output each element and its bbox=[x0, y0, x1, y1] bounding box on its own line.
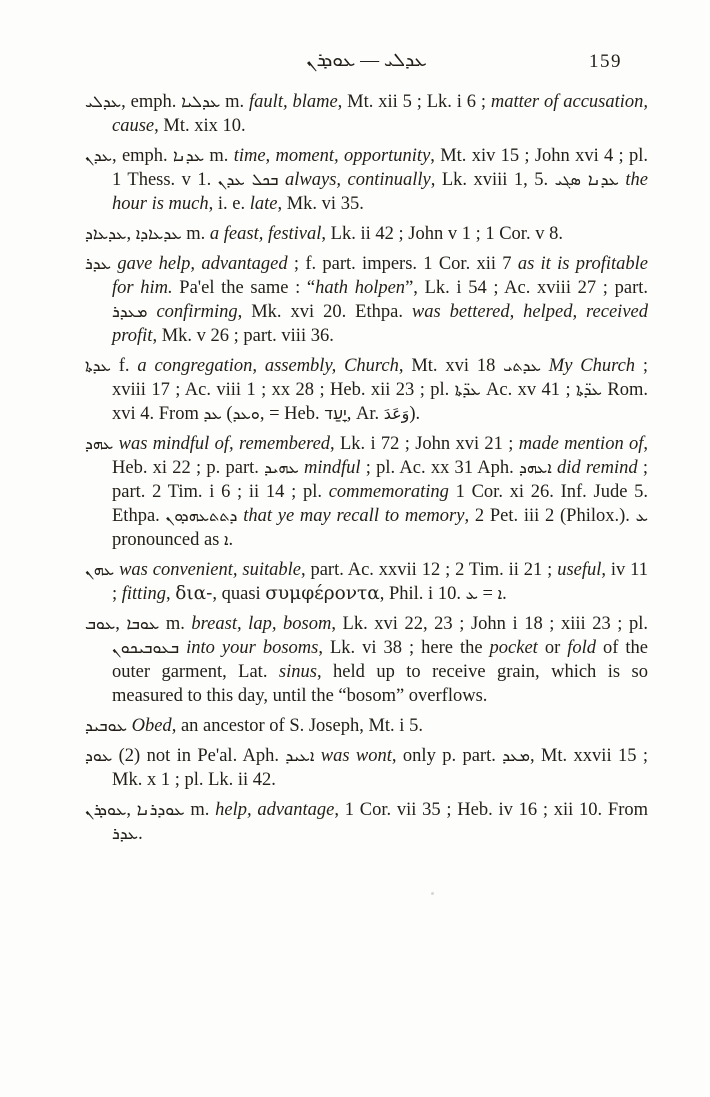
greek-text: δια- bbox=[175, 583, 212, 604]
syriac-text: ܥܕ bbox=[203, 404, 221, 423]
roman-text: , an ancestor of S. Joseph, Mt. i 5. bbox=[172, 716, 423, 736]
roman-text: , Mt. xvi 18 bbox=[399, 356, 503, 376]
roman-text: m. bbox=[159, 614, 191, 634]
roman-text: pronounced as bbox=[112, 530, 224, 550]
roman-text: m. bbox=[185, 800, 216, 820]
roman-text: , emph. bbox=[112, 146, 173, 166]
roman-text: or bbox=[538, 638, 567, 658]
syriac-text: ܥܕܢܐ ܣܓܝ bbox=[555, 170, 619, 189]
dictionary-entry: ܥܕܪ gave help, advantaged ; f. part. imp… bbox=[85, 252, 648, 348]
roman-text: ; f. part. impers. 1 Cor. xii 7 bbox=[288, 254, 518, 274]
roman-text: , quasi bbox=[212, 584, 265, 604]
dictionary-entry: ܥܘܕ (2) not in Pe'al. Aph. ܐܥܝܕ was wont… bbox=[85, 744, 648, 792]
roman-text: , only p. part. bbox=[392, 746, 502, 766]
gloss-italic: gave help, advantaged bbox=[117, 254, 287, 274]
roman-text: (2) not in Pe'al. Aph. bbox=[112, 746, 285, 766]
roman-text: m. bbox=[182, 224, 210, 244]
syriac-text: ܐܥܗܕ bbox=[519, 458, 552, 477]
syriac-text: ܥ bbox=[466, 584, 478, 603]
dictionary-entry: ܥܘܒܝܕ Obed, an ancestor of S. Joseph, Mt… bbox=[85, 714, 648, 738]
roman-text: , Ar. bbox=[347, 404, 384, 424]
syriac-text: ܒܟܠ ܥܕܢ bbox=[218, 170, 279, 189]
syriac-text: ܥܘܒܐ bbox=[126, 614, 159, 633]
roman-text: ). bbox=[409, 404, 420, 424]
roman-text: m. bbox=[204, 146, 234, 166]
gloss-italic: a congregation, assembly, Church bbox=[137, 356, 399, 376]
roman-text: , Lk. xvi 22, 23 ; John i 18 ; xiii 23 ;… bbox=[331, 614, 648, 634]
syriac-text: ܥܕܢܐ bbox=[173, 146, 204, 165]
running-header: ܥܘܕܪܢ — ܥܕܠܝ 159 bbox=[85, 50, 648, 78]
gloss-italic: made mention of bbox=[519, 434, 644, 454]
page-number: 159 bbox=[589, 51, 622, 73]
gloss-italic: into your bosoms bbox=[186, 638, 318, 658]
entry-headword: ܥܕܥܐܕ bbox=[85, 224, 126, 243]
syriac-text: ܥܕܥܐܕܐ bbox=[136, 224, 182, 243]
entry-headword: ܥܘܕ bbox=[85, 746, 112, 765]
gloss-italic: useful bbox=[557, 560, 601, 580]
roman-text: ”, Lk. i 54 ; Ac. xviii 27 ; part. bbox=[405, 278, 648, 298]
dictionary-entry: ܥܗܕ was mindful of, remembered, Lk. i 72… bbox=[85, 432, 648, 552]
roman-text: f. bbox=[111, 356, 137, 376]
roman-text: , 2 Pet. iii 2 (Philox.). bbox=[464, 506, 635, 526]
syriac-text: ܥܕ̈ܬܐ bbox=[455, 380, 481, 399]
roman-text: , Mk. vi 35. bbox=[277, 194, 363, 214]
arabic-text: وَعَدَ bbox=[384, 404, 410, 423]
roman-text: . bbox=[229, 530, 234, 550]
gloss-italic: sinus bbox=[279, 662, 317, 682]
gloss-italic: fold bbox=[567, 638, 596, 658]
roman-text: Ac. xv 41 ; bbox=[481, 380, 576, 400]
roman-text: . bbox=[138, 824, 143, 844]
running-title-separator: — bbox=[360, 50, 379, 71]
running-title-last-word: ܥܘܕܪܢ bbox=[306, 50, 355, 71]
syriac-text: ܥܘܕܪܢܐ bbox=[137, 800, 185, 819]
syriac-text: ܥܕܠܝܐ bbox=[181, 92, 220, 111]
entry-headword: ܥܕܠܝ bbox=[85, 92, 121, 111]
gloss-italic: fault, blame bbox=[249, 92, 338, 112]
gloss-italic: commemorating bbox=[329, 482, 449, 502]
roman-text: ; pl. Ac. xx 31 Aph. bbox=[361, 458, 519, 478]
roman-text: , bbox=[126, 224, 135, 244]
running-title: ܥܘܕܪܢ — ܥܕܠܝ bbox=[85, 50, 648, 72]
greek-text: συμφέροντα bbox=[265, 583, 379, 604]
dictionary-entry: ܥܘܒ, ܥܘܒܐ m. breast, lap, bosom, Lk. xvi… bbox=[85, 612, 648, 708]
roman-text: , Lk. ii 42 ; John v 1 ; 1 Cor. v 8. bbox=[321, 224, 563, 244]
roman-text: , emph. bbox=[121, 92, 181, 112]
dictionary-entry: ܥܕܢ, emph. ܥܕܢܐ m. time, moment, opportu… bbox=[85, 144, 648, 216]
dictionary-entry: ܥܗܢ was convenient, suitable, part. Ac. … bbox=[85, 558, 648, 606]
roman-text: , = Heb. bbox=[260, 404, 324, 424]
roman-text: ( bbox=[222, 404, 233, 424]
syriac-text: ܥܕ̈ܬܐ bbox=[576, 380, 602, 399]
hebrew-text: יָעַד bbox=[324, 404, 346, 423]
roman-text: , 1 Cor. vii 35 ; Heb. iv 16 ; xii 10. F… bbox=[334, 800, 648, 820]
entries-list: ܥܕܠܝ, emph. ܥܕܠܝܐ m. fault, blame, Mt. x… bbox=[85, 90, 648, 846]
gloss-italic: was wont bbox=[321, 746, 392, 766]
roman-text: , Phil. i 10. bbox=[380, 584, 466, 604]
entry-headword: ܥܗܢ bbox=[85, 560, 114, 579]
syriac-text: ܥܕܬܝ bbox=[503, 356, 541, 375]
syriac-text: ܥܕܪ bbox=[112, 824, 138, 843]
entry-headword: ܥܘܒ bbox=[85, 614, 115, 633]
roman-text: , part. Ac. xxvii 12 ; 2 Tim. ii 21 ; bbox=[301, 560, 557, 580]
entry-headword: ܥܘܒܝܕ bbox=[85, 716, 127, 735]
roman-text: , Mk. xvi 20. Ethpa. bbox=[238, 302, 412, 322]
syriac-text: ܡܥܕ bbox=[502, 746, 530, 765]
gloss-italic: fitting bbox=[122, 584, 166, 604]
dictionary-entry: ܥܕܥܐܕ, ܥܕܥܐܕܐ m. a feast, festival, Lk. … bbox=[85, 222, 648, 246]
gloss-italic: time, moment, opportunity bbox=[234, 146, 431, 166]
syriac-text: ܐܥܝܕ bbox=[285, 746, 314, 765]
gloss-italic: was mindful of, remembered bbox=[119, 434, 330, 454]
syriac-text: ܥ bbox=[636, 506, 648, 525]
roman-text: m. bbox=[220, 92, 249, 112]
roman-text: = bbox=[478, 584, 498, 604]
gloss-italic: confirming bbox=[156, 302, 237, 322]
syriac-text: ܘܥܕ bbox=[233, 404, 260, 423]
roman-text: , Lk. vi 38 ; here the bbox=[318, 638, 489, 658]
scan-speck bbox=[431, 892, 434, 895]
roman-text: , bbox=[126, 800, 136, 820]
roman-text: . bbox=[502, 584, 507, 604]
roman-text: , i. e. bbox=[209, 194, 250, 214]
gloss-italic: mindful bbox=[304, 458, 361, 478]
gloss-italic: My Church bbox=[549, 356, 635, 376]
running-title-first-word: ܥܕܠܝ bbox=[384, 50, 427, 71]
gloss-italic: hath holpen bbox=[315, 278, 405, 298]
gloss-italic: help, advantage bbox=[215, 800, 334, 820]
syriac-text: ܡܥܕܪ bbox=[112, 302, 148, 321]
roman-text: , Mt. xii 5 ; Lk. i 6 ; bbox=[338, 92, 491, 112]
roman-text: , Lk. i 72 ; John xvi 21 ; bbox=[330, 434, 519, 454]
roman-text: , Lk. xviii 1, 5. bbox=[431, 170, 555, 190]
dictionary-entry: ܥܘܕܪܢ, ܥܘܕܪܢܐ m. help, advantage, 1 Cor.… bbox=[85, 798, 648, 846]
entry-headword: ܥܘܕܪܢ bbox=[85, 800, 126, 819]
entry-headword: ܥܕܢ bbox=[85, 146, 112, 165]
gloss-italic: that ye may recall to memory bbox=[243, 506, 464, 526]
gloss-italic: was convenient, suitable bbox=[119, 560, 301, 580]
syriac-text: ܥܗܝܕ bbox=[264, 458, 299, 477]
syriac-text: ܒܥܘܒܝܟܘܢ bbox=[112, 638, 179, 657]
roman-text: , bbox=[115, 614, 126, 634]
roman-text: Pa'el the same : “ bbox=[173, 278, 316, 298]
gloss-italic: pocket bbox=[490, 638, 538, 658]
gloss-italic: a feast, festival bbox=[210, 224, 322, 244]
gloss-italic: late bbox=[250, 194, 278, 214]
roman-text: , Mt. xix 10. bbox=[154, 116, 245, 136]
dictionary-entry: ܥܕܬܐ f. a congregation, assembly, Church… bbox=[85, 354, 648, 426]
gloss-italic: did remind bbox=[557, 458, 638, 478]
dictionary-entry: ܥܕܠܝ, emph. ܥܕܠܝܐ m. fault, blame, Mt. x… bbox=[85, 90, 648, 138]
roman-text bbox=[541, 356, 549, 376]
roman-text: , bbox=[166, 584, 175, 604]
gloss-italic: Obed bbox=[132, 716, 172, 736]
entry-headword: ܥܕܬܐ bbox=[85, 356, 111, 375]
scanned-dictionary-page: ܥܘܕܪܢ — ܥܕܠܝ 159 ܥܕܠܝ, emph. ܥܕܠܝܐ m. fa… bbox=[0, 0, 710, 1097]
gloss-italic: always, continually bbox=[285, 170, 431, 190]
entry-headword: ܥܗܕ bbox=[85, 434, 113, 453]
gloss-italic: breast, lap, bosom bbox=[191, 614, 331, 634]
entry-headword: ܥܕܪ bbox=[85, 254, 111, 273]
syriac-text: ܕܬܬܥܗܕܘܢ bbox=[166, 506, 238, 525]
roman-text: , Mk. v 26 ; part. viii 36. bbox=[152, 326, 333, 346]
